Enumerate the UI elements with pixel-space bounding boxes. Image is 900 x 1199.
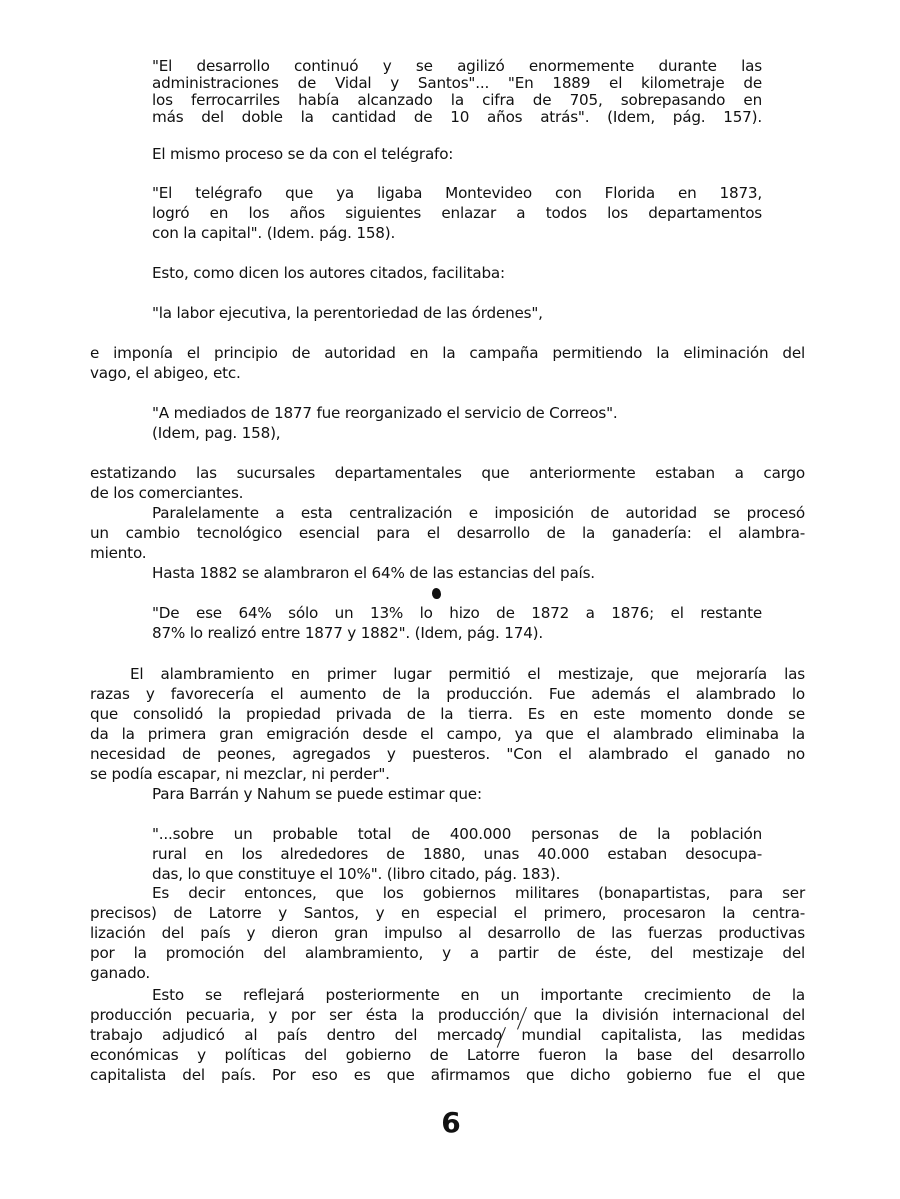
paragraph-line: necesidad de peones, agregados y puester…	[90, 746, 805, 763]
paragraph-line: Paralelamente a esta centralización e im…	[152, 505, 805, 522]
quote-line: más del doble la cantidad de 10 años atr…	[152, 109, 762, 126]
paragraph-line: da la primera gran emigración desde el c…	[90, 726, 805, 743]
quote-line: "El desarrollo continuó y se agilizó eno…	[152, 58, 762, 75]
quote-line: "El telégrafo que ya ligaba Montevideo c…	[152, 185, 762, 202]
quote-line: los ferrocarriles había alcanzado la cif…	[152, 92, 762, 109]
paragraph-line: Hasta 1882 se alambraron el 64% de las e…	[152, 565, 595, 582]
quote-line: rural en los alrededores de 1880, unas 4…	[152, 846, 762, 863]
paragraph-line: lización del país y dieron gran impulso …	[90, 925, 805, 942]
text-line: Esto, como dicen los autores citados, fa…	[152, 265, 505, 282]
paragraph-line: un cambio tecnológico esencial para el d…	[90, 525, 805, 542]
quote-line: logró en los años siguientes enlazar a t…	[152, 205, 762, 222]
paragraph-line: que consolidó la propiedad privada de la…	[90, 706, 805, 723]
quote-line: das, lo que constituye el 10%". (libro c…	[152, 866, 560, 883]
paragraph-line: por la promoción del alambramiento, y a …	[90, 945, 805, 962]
paragraph-line: miento.	[90, 545, 146, 562]
paragraph-line: ganado.	[90, 965, 150, 982]
paragraph-line: e imponía el principio de autoridad en l…	[90, 345, 805, 362]
quote-line: "...sobre un probable total de 400.000 p…	[152, 826, 762, 843]
paragraph-line: Para Barrán y Nahum se puede estimar que…	[152, 786, 482, 803]
ink-blot	[432, 588, 441, 599]
paragraph-line: económicas y políticas del gobierno de L…	[90, 1047, 805, 1064]
paragraph-line: trabajo adjudicó al país dentro del merc…	[90, 1027, 805, 1044]
quote-line: "A mediados de 1877 fue reorganizado el …	[152, 405, 618, 422]
quote-line: "De ese 64% sólo un 13% lo hizo de 1872 …	[152, 605, 762, 622]
quote-line: administraciones de Vidal y Santos"... "…	[152, 75, 762, 92]
paragraph-line: razas y favorecería el aumento de la pro…	[90, 686, 805, 703]
paragraph-line: se podía escapar, ni mezclar, ni perder"…	[90, 766, 390, 783]
paragraph-line: El alambramiento en primer lugar permiti…	[130, 666, 805, 683]
quote-line: con la capital". (Idem. pág. 158).	[152, 225, 395, 242]
paragraph-line: producción pecuaria, y por ser ésta la p…	[90, 1007, 805, 1024]
paragraph-line: precisos) de Latorre y Santos, y en espe…	[90, 905, 805, 922]
document-page: "El desarrollo continuó y se agilizó eno…	[0, 0, 900, 1199]
paragraph-line: de los comerciantes.	[90, 485, 243, 502]
paragraph-line: estatizando las sucursales departamental…	[90, 465, 805, 482]
quote-line: (Idem, pag. 158),	[152, 425, 280, 442]
paragraph-line: vago, el abigeo, etc.	[90, 365, 241, 382]
page-number: 6	[436, 1107, 466, 1139]
text-line: El mismo proceso se da con el telégrafo:	[152, 146, 453, 163]
paragraph-line: Es decir entonces, que los gobiernos mil…	[152, 885, 805, 902]
quote-line: 87% lo realizó entre 1877 y 1882". (Idem…	[152, 625, 543, 642]
quote-line: "la labor ejecutiva, la perentoriedad de…	[152, 305, 543, 322]
paragraph-line: capitalista del país. Por eso es que afi…	[90, 1067, 805, 1084]
paragraph-line: Esto se reflejará posteriormente en un i…	[152, 987, 805, 1004]
